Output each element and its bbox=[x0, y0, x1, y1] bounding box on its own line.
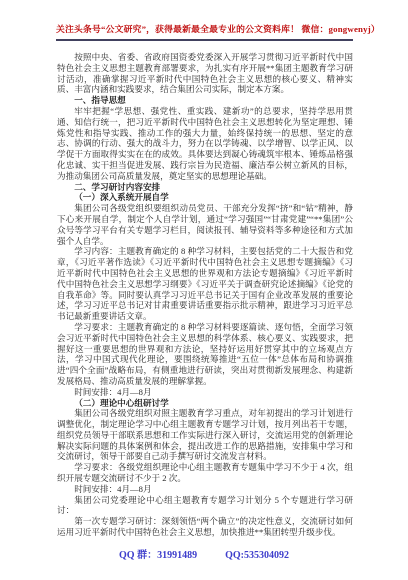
header-banner-text: 关注头条号“公文研究”，获得最新最全最专业的公文资料库！ 微信：gongweny… bbox=[56, 24, 380, 34]
qq-number: QQ:535304092 bbox=[225, 550, 289, 561]
paragraph-first-topic: 第一次专题学习研讨：深刻领悟“两个确立”的决定性意义，交流研讨如何运用习近平新时… bbox=[57, 516, 353, 538]
subsection-heading-center-group: （二）理论中心组研讨学 bbox=[57, 398, 353, 409]
paragraph-schedule-2: 时间安排：4月—8月 bbox=[57, 484, 353, 495]
paragraph-schedule-1: 时间安排：4月—8月 bbox=[57, 387, 353, 398]
paragraph-center-group: 集团公司各级党组织对照主题教育学习重点，对年初提出的学习计划进行调整优化，制定理… bbox=[57, 408, 353, 462]
subsection-heading-self-study: （一）深入系统开展自学 bbox=[57, 192, 353, 203]
section-heading-1: 一、指导思想 bbox=[57, 95, 353, 106]
paragraph-study-requirement: 学习要求：主题教育确定的 8 种学习材料要逐篇读、逐句悟，全面学习领会习近平新时… bbox=[57, 322, 353, 387]
paragraph-self-study: 集团公司各级党组织要组织动员党员、干部充分发挥“挤”和“钻”精神，静下心来开展自… bbox=[57, 203, 353, 246]
paragraph-study-content: 学习内容：主题教育确定的 8 种学习材料，主要包括党的二十大报告和党章，《习近平… bbox=[57, 246, 353, 322]
document-body: 按照中央、省委、省政府国资委党委深入开展学习贯彻习近平新时代中国特色社会主义思想… bbox=[57, 52, 353, 538]
paragraph-guiding-ideology: 牢牢把握“学思想、强党性、重实践、建新功”的总要求，坚持学思用贯通、知信行统一，… bbox=[57, 106, 353, 182]
paragraph-five-topics: 集团公司党委理论中心组主题教育专题学习计划分 5 个专题进行学习研讨： bbox=[57, 495, 353, 517]
header-banner: 关注头条号“公文研究”，获得最新最全最专业的公文资料库！ 微信：gongweny… bbox=[56, 22, 353, 41]
paragraph-center-group-requirement: 学习要求：各级党组织理论中心组主题教育专题集中学习不少于 4 次，组织开展专题交… bbox=[57, 462, 353, 484]
paragraph-intro: 按照中央、省委、省政府国资委党委深入开展学习贯彻习近平新时代中国特色社会主义思想… bbox=[57, 52, 353, 95]
footer-contact: QQ 群：31991489QQ:535304092 bbox=[0, 546, 408, 561]
section-heading-2: 二、学习研讨内容安排 bbox=[57, 182, 353, 193]
qq-group-number: QQ 群：31991489 bbox=[119, 550, 197, 561]
